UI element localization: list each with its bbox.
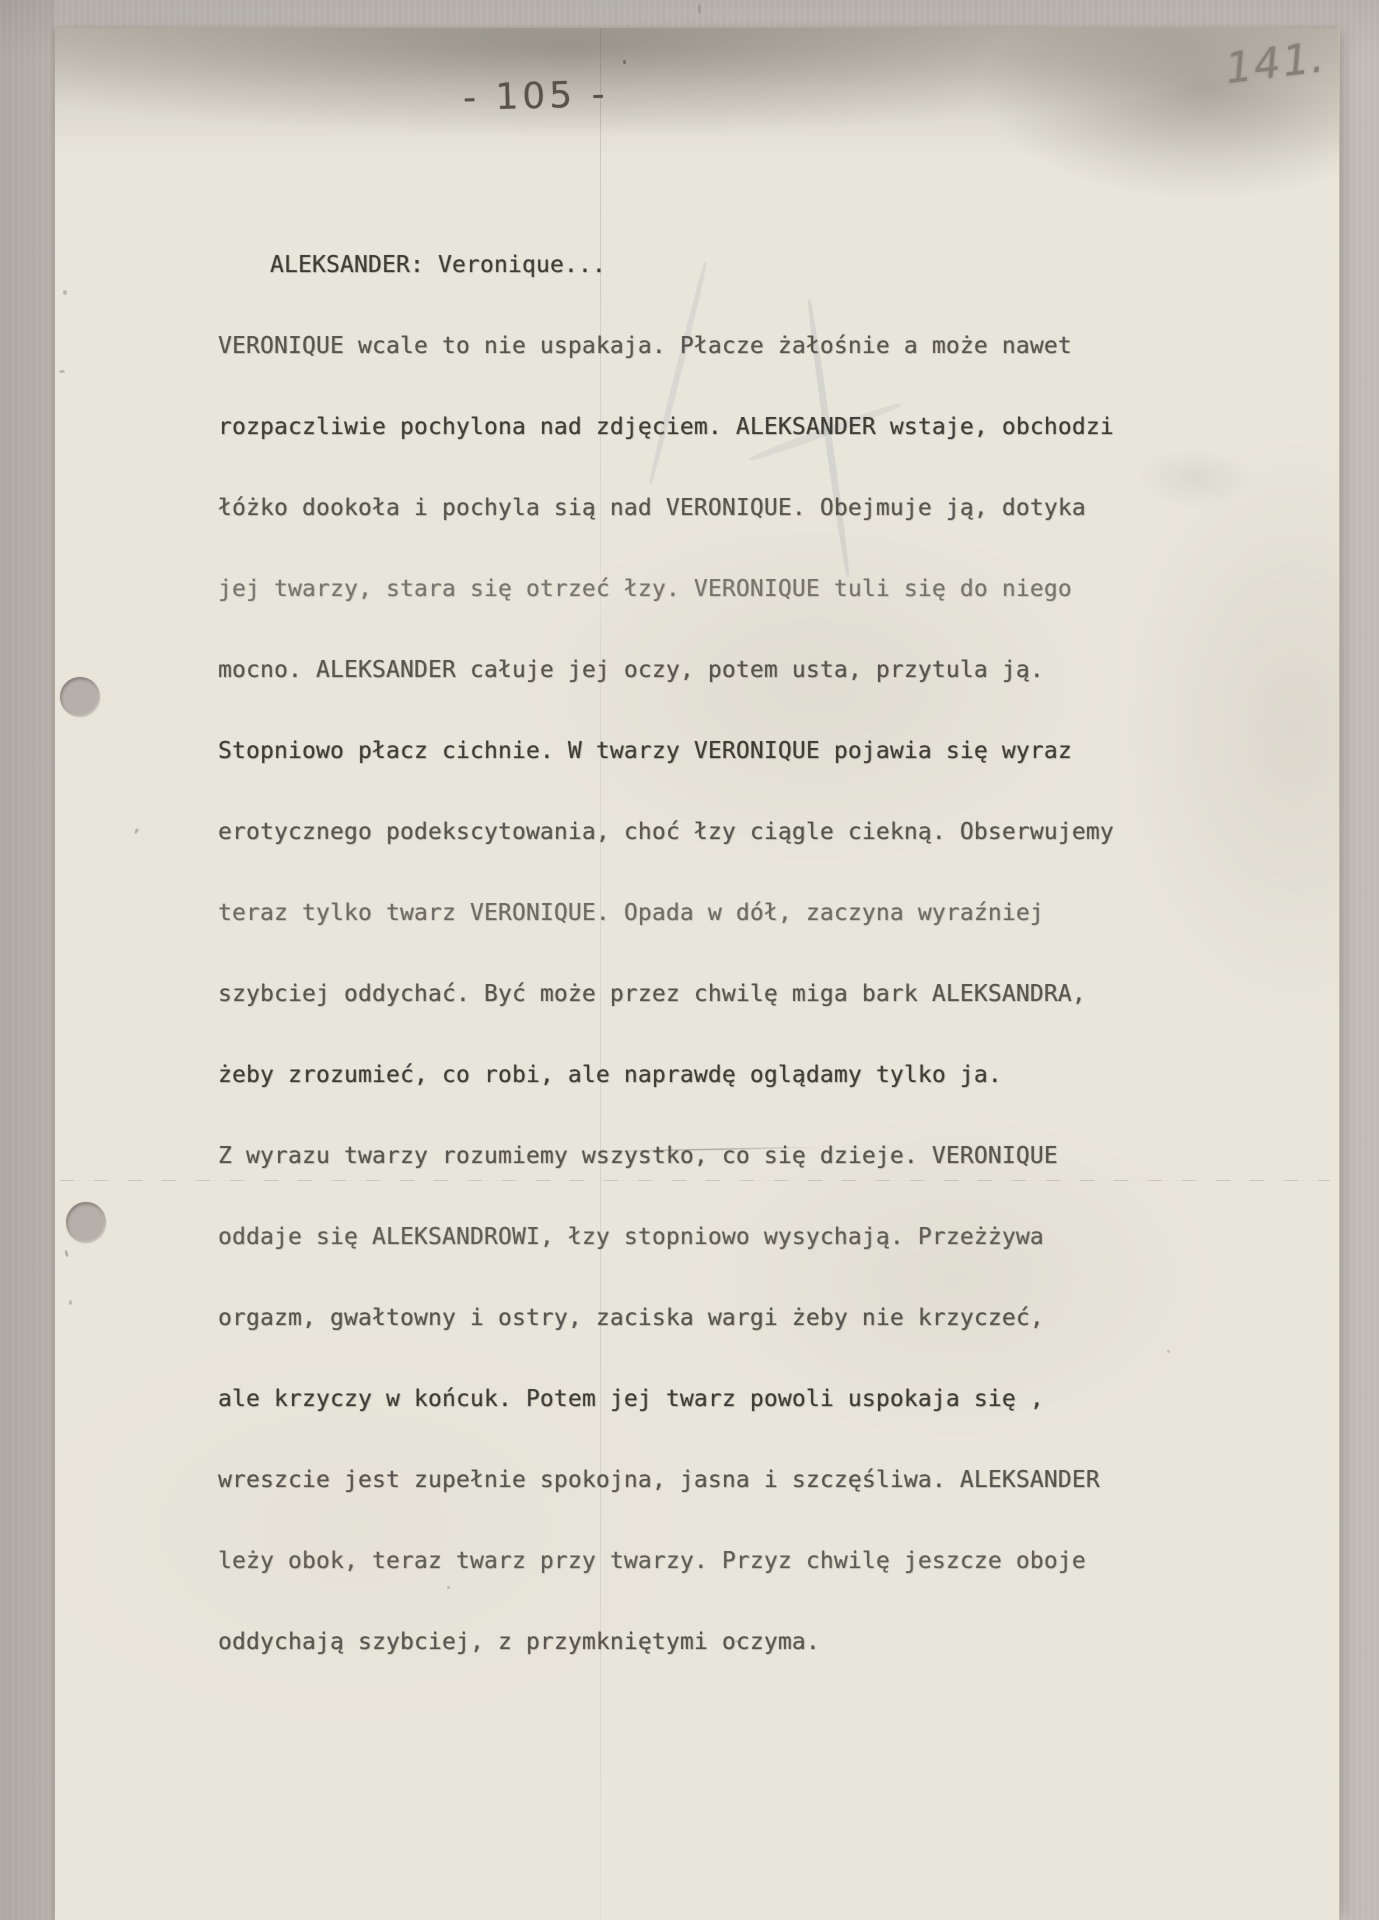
text-line: mocno. ALEKSANDER całuje jej oczy, potem… (218, 655, 1218, 685)
text-line: erotycznego podekscytowania, choć łzy ci… (218, 817, 1218, 847)
text-line: ALEKSANDER: Veronique... (218, 250, 1218, 280)
text-line: Stopniowo płacz cichnie. W twarzy VERONI… (218, 736, 1218, 766)
handwritten-page-number: - 105 - (462, 74, 609, 119)
document-page: - 105 - ALEKSANDER: Veronique...VERONIQU… (55, 28, 1340, 1920)
text-line: leży obok, teraz twarz przy twarzy. Przy… (218, 1546, 1218, 1576)
text-line: orgazm, gwałtowny i ostry, zaciska wargi… (218, 1303, 1218, 1333)
scanner-speck (698, 4, 701, 14)
paper-speck (59, 370, 65, 373)
text-line: jej twarzy, stara się otrzeć łzy. VERONI… (218, 574, 1218, 604)
text-line: wreszcie jest zupełnie spokojna, jasna i… (218, 1465, 1218, 1495)
text-line: łóżko dookoła i pochyla sią nad VERONIQU… (218, 493, 1218, 523)
punch-hole-bottom (66, 1202, 106, 1243)
typewritten-text: ALEKSANDER: Veronique...VERONIQUE wcale … (218, 250, 1218, 1708)
paper-speck (623, 60, 626, 64)
text-line: oddychają szybciej, z przymkniętymi oczy… (218, 1627, 1218, 1657)
text-line: teraz tylko twarz VERONIQUE. Opada w dół… (218, 898, 1218, 928)
scanned-document-photo: { "colors": { "background": "#bab5af", "… (0, 0, 1379, 1920)
punch-hole-top (60, 677, 100, 717)
text-line: szybciej oddychać. Być może przez chwilę… (218, 979, 1218, 1009)
text-line: oddaje się ALEKSANDROWI, łzy stopniowo w… (218, 1222, 1218, 1252)
text-line: żeby zrozumieć, co robi, ale naprawdę og… (218, 1060, 1218, 1090)
text-line: Z wyrazu twarzy rozumiemy wszystko, co s… (218, 1141, 1218, 1171)
text-line: rozpaczliwie pochylona nad zdjęciem. ALE… (218, 412, 1218, 442)
paper-speck (69, 1300, 72, 1305)
paper-speck (63, 290, 67, 295)
text-line: ale krzyczy w końcuk. Potem jej twarz po… (218, 1384, 1218, 1414)
text-line: VERONIQUE wcale to nie uspakaja. Płacze … (218, 331, 1218, 361)
paper-speck (64, 1250, 69, 1258)
paper-speck (134, 828, 140, 835)
